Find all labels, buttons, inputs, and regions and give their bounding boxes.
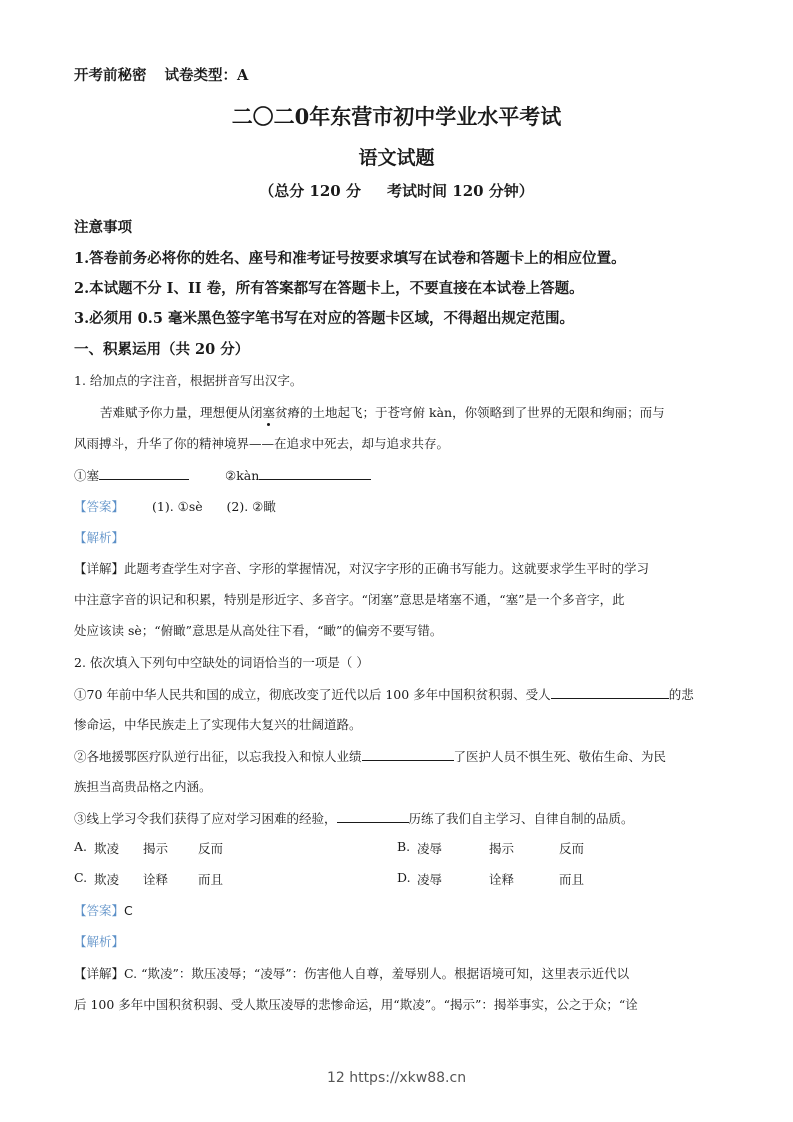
option-word: 欺凌: [94, 870, 119, 888]
answer-label: 【答案】: [74, 499, 124, 514]
answer-blank-2: [259, 465, 371, 480]
sentence-text: 了医护人员不惧生死、敬佑生命、为民: [454, 749, 667, 764]
q2-sentence2-line1: ②各地援鄂医疗队逆行出征，以忘我投入和惊人业绩了医护人员不惧生死、敬佑生命、为民: [74, 746, 666, 765]
exam-header: 开考前秘密试卷类型：A: [74, 64, 248, 85]
sentence-text: ①70 年前中华人民共和国的成立，彻底改变了近代以后 100 多年中国积贫积弱、…: [74, 687, 551, 702]
dotted-character: 塞: [263, 403, 276, 421]
option-letter: C.: [74, 870, 87, 885]
option-letter: A.: [74, 839, 87, 854]
q2-sentence2-line2: 族担当高贵品格之内涵。: [74, 777, 212, 795]
option-word: 而且: [198, 870, 223, 888]
fill-blank: [337, 808, 409, 823]
blank2-label: ②kàn: [225, 468, 259, 483]
sentence-text: ②各地援鄂医疗队逆行出征，以忘我投入和惊人业绩: [74, 749, 362, 764]
q2-sentence1-line2: 惨命运，中华民族走上了实现伟大复兴的壮阔道路。: [74, 715, 362, 733]
option-word: 凌辱: [417, 839, 442, 857]
option-word: 而且: [559, 870, 584, 888]
fill-blank: [362, 746, 454, 761]
blank1-label: ①塞: [74, 468, 99, 483]
option-word: 揭示: [143, 839, 168, 857]
option-word: 反而: [559, 839, 584, 857]
option-letter: B.: [397, 839, 410, 854]
note-item: 3.必须用 0.5 毫米黑色签字笔书写在对应的答题卡区域，不得超出规定范围。: [74, 307, 574, 328]
note-item: 1.答卷前务必将你的姓名、座号和准考证号按要求填写在试卷和答题卡上的相应位置。: [74, 247, 626, 268]
passage-text: 苦难赋予你力量，理想便从闭: [100, 405, 263, 420]
answer-label: 【答案】: [74, 903, 124, 918]
q1-blanks: ①塞②kàn: [74, 465, 371, 484]
subject-title: 语文试题: [0, 143, 793, 170]
sentence-text: 的悲: [669, 687, 694, 702]
q1-detail-line: 【详解】此题考查学生对字音、字形的掌握情况，对汉字字形的正确书写能力。这就要求学…: [74, 559, 649, 577]
option-word: 欺凌: [94, 839, 119, 857]
q2-detail-line: 【详解】C. “欺凌”：欺压凌辱；“凌辱”：伤害他人自尊，羞辱别人。根据语境可知…: [74, 964, 629, 982]
exam-title: 二〇二0年东营市初中学业水平考试: [0, 101, 793, 131]
section-heading: 一、积累运用（共 20 分）: [74, 338, 249, 359]
q2-sentence1-line1: ①70 年前中华人民共和国的成立，彻底改变了近代以后 100 多年中国积贫积弱、…: [74, 684, 694, 703]
option-word: 诠释: [143, 870, 168, 888]
sentence-text: ③线上学习令我们获得了应对学习困难的经验，: [74, 811, 337, 826]
confidential-label: 开考前秘密: [74, 67, 147, 84]
q1-passage-line2: 风雨搏斗，升华了你的精神境界——在追求中死去，却与追求共存。: [74, 434, 449, 452]
exam-info: （总分 120 分 考试时间 120 分钟）: [0, 180, 793, 201]
answer-text: C: [124, 903, 133, 918]
paper-type-label: 试卷类型：A: [165, 67, 249, 84]
notes-heading: 注意事项: [74, 216, 132, 237]
passage-text: 贫瘠的土地起飞；于苍穹俯 kàn，你领略到了世界的无限和绚丽；而与: [275, 405, 665, 420]
option-word: 揭示: [489, 839, 514, 857]
note-item: 2.本试题不分 I、II 卷，所有答案都写在答题卡上，不要直接在本试卷上答题。: [74, 277, 584, 298]
exam-page: 开考前秘密试卷类型：A 二〇二0年东营市初中学业水平考试 语文试题 （总分 12…: [0, 0, 793, 1122]
option-letter: D.: [397, 870, 411, 885]
option-word: 反而: [198, 839, 223, 857]
q2-prompt: 2. 依次填入下列句中空缺处的词语恰当的一项是（ ）: [74, 653, 369, 671]
option-word: 诠释: [489, 870, 514, 888]
q1-detail-line: 处应该读 sè；“俯瞰”意思是从高处往下看，“瞰”的偏旁不要写错。: [74, 621, 442, 639]
page-footer: 12 https://xkw88.cn: [0, 1070, 793, 1086]
q1-detail-line: 中注意字音的识记和积累，特别是形近字、多音字。“闭塞”意思是堵塞不通，“塞”是一…: [74, 590, 625, 608]
q1-passage-line1: 苦难赋予你力量，理想便从闭塞贫瘠的土地起飞；于苍穹俯 kàn，你领略到了世界的无…: [100, 403, 665, 421]
option-word: 凌辱: [417, 870, 442, 888]
q2-answer: 【答案】C: [74, 901, 133, 919]
q2-sentence3: ③线上学习令我们获得了应对学习困难的经验，历练了我们自主学习、自律自制的品质。: [74, 808, 634, 827]
answer-text: (1). ①sè (2). ②瞰: [152, 499, 276, 514]
analysis-label: 【解析】: [74, 528, 124, 546]
q1-answer: 【答案】(1). ①sè (2). ②瞰: [74, 497, 276, 515]
q2-detail-line: 后 100 多年中国积贫积弱、受人欺压凌辱的悲惨命运，用“欺凌”。“揭示”：揭举…: [74, 995, 638, 1013]
analysis-label: 【解析】: [74, 932, 124, 950]
fill-blank: [551, 684, 669, 699]
answer-blank-1: [99, 465, 189, 480]
q1-prompt: 1. 给加点的字注音，根据拼音写出汉字。: [74, 371, 302, 389]
sentence-text: 历练了我们自主学习、自律自制的品质。: [409, 811, 634, 826]
